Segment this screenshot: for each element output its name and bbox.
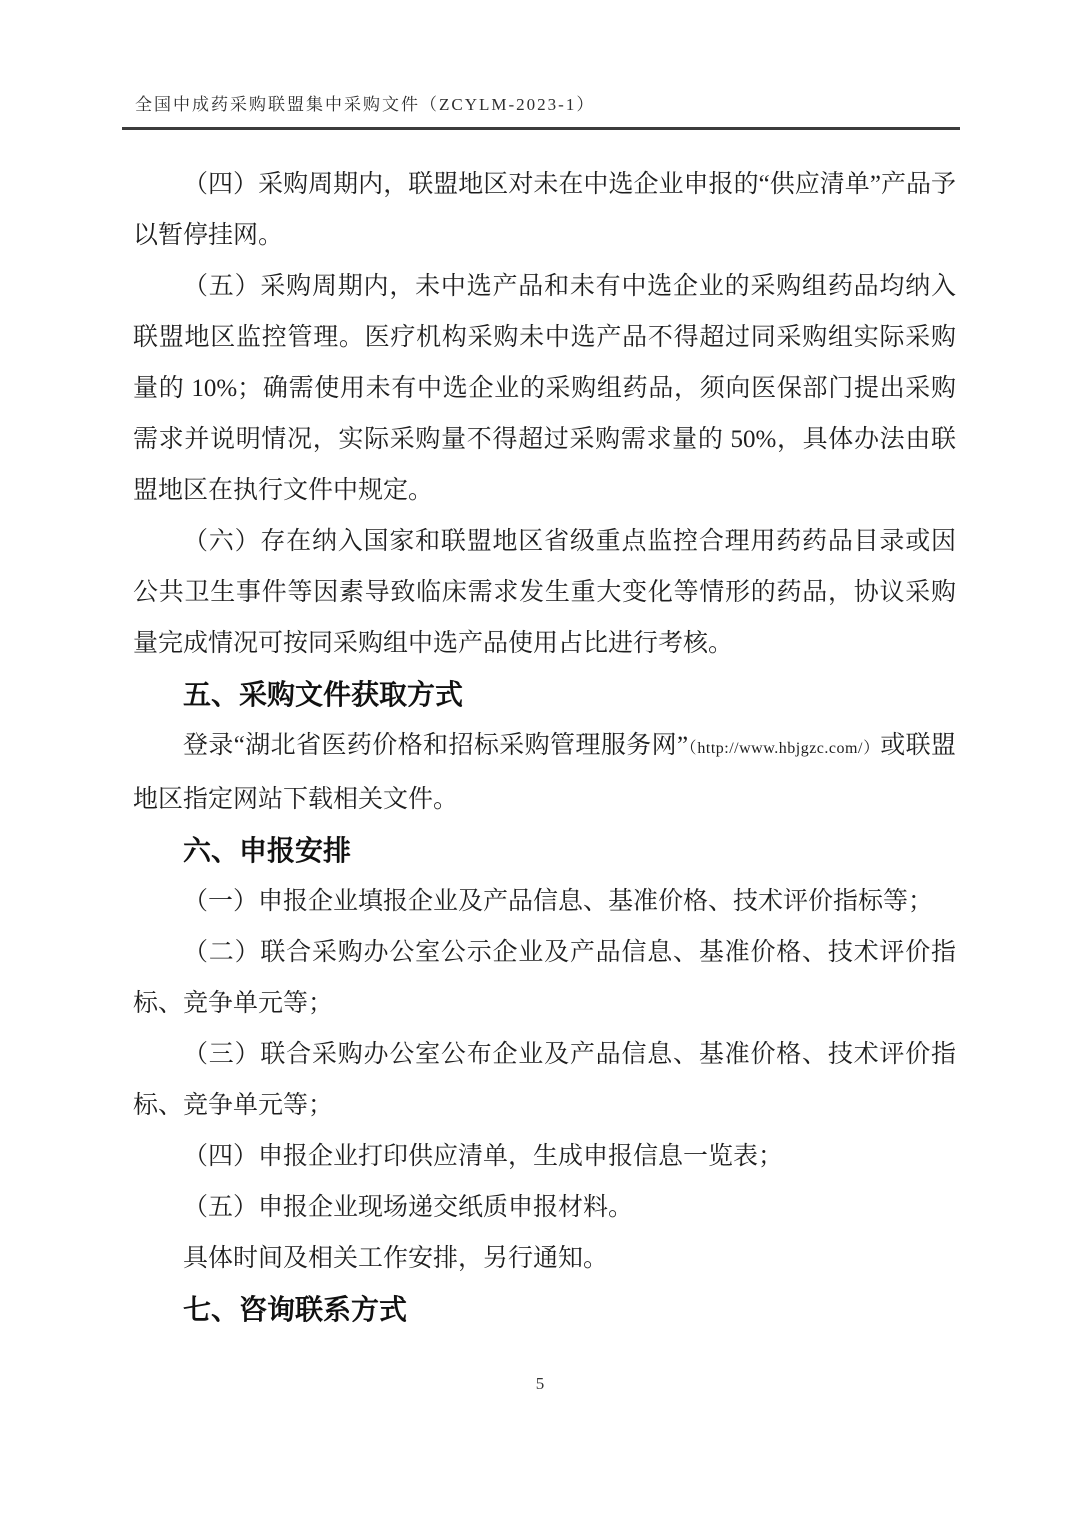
document-header: 全国中成药采购联盟集中采购文件（ZCYLM-2023-1） <box>122 94 960 130</box>
paragraph-declare-item-3: （三）联合采购办公室公布企业及产品信息、基准价格、技术评价指标、竞争单元等； <box>133 1029 956 1131</box>
heading-section-7-contact: 七、咨询联系方式 <box>133 1284 956 1335</box>
heading-section-6-declaration: 六、申报安排 <box>133 825 956 876</box>
document-header-title: 全国中成药采购联盟集中采购文件（ZCYLM-2023-1） <box>122 94 960 115</box>
heading-section-5-document-access: 五、采购文件获取方式 <box>133 669 956 720</box>
download-text-prefix: 登录“湖北省医药价格和招标采购管理服务网” <box>183 732 688 759</box>
paragraph-item-5-monitoring: （五）采购周期内，未中选产品和未有中选企业的采购组药品均纳入联盟地区监控管理。医… <box>133 261 956 516</box>
paragraph-declare-item-1: （一）申报企业填报企业及产品信息、基准价格、技术评价指标等； <box>133 876 956 927</box>
paragraph-item-4-supply-list: （四）采购周期内，联盟地区对未在中选企业申报的“供应清单”产品予以暂停挂网。 <box>133 159 956 261</box>
page-number: 5 <box>0 1374 1080 1394</box>
paragraph-item-6-assessment: （六）存在纳入国家和联盟地区省级重点监控合理用药药品目录或因公共卫生事件等因素导… <box>133 516 956 669</box>
paragraph-download-instructions: 登录“湖北省医药价格和招标采购管理服务网”（http://www.hbjgzc.… <box>133 720 956 825</box>
download-url-text: （http://www.hbjgzc.com/） <box>688 740 880 757</box>
paragraph-schedule-notice: 具体时间及相关工作安排，另行通知。 <box>133 1233 956 1284</box>
paragraph-declare-item-5: （五）申报企业现场递交纸质申报材料。 <box>133 1182 956 1233</box>
paragraph-declare-item-4: （四）申报企业打印供应清单，生成申报信息一览表； <box>133 1131 956 1182</box>
document-page: 全国中成药采购联盟集中采购文件（ZCYLM-2023-1） （四）采购周期内，联… <box>0 0 1080 1526</box>
document-body: （四）采购周期内，联盟地区对未在中选企业申报的“供应清单”产品予以暂停挂网。 （… <box>133 159 956 1335</box>
paragraph-declare-item-2: （二）联合采购办公室公示企业及产品信息、基准价格、技术评价指标、竞争单元等； <box>133 927 956 1029</box>
header-rule <box>122 127 960 130</box>
